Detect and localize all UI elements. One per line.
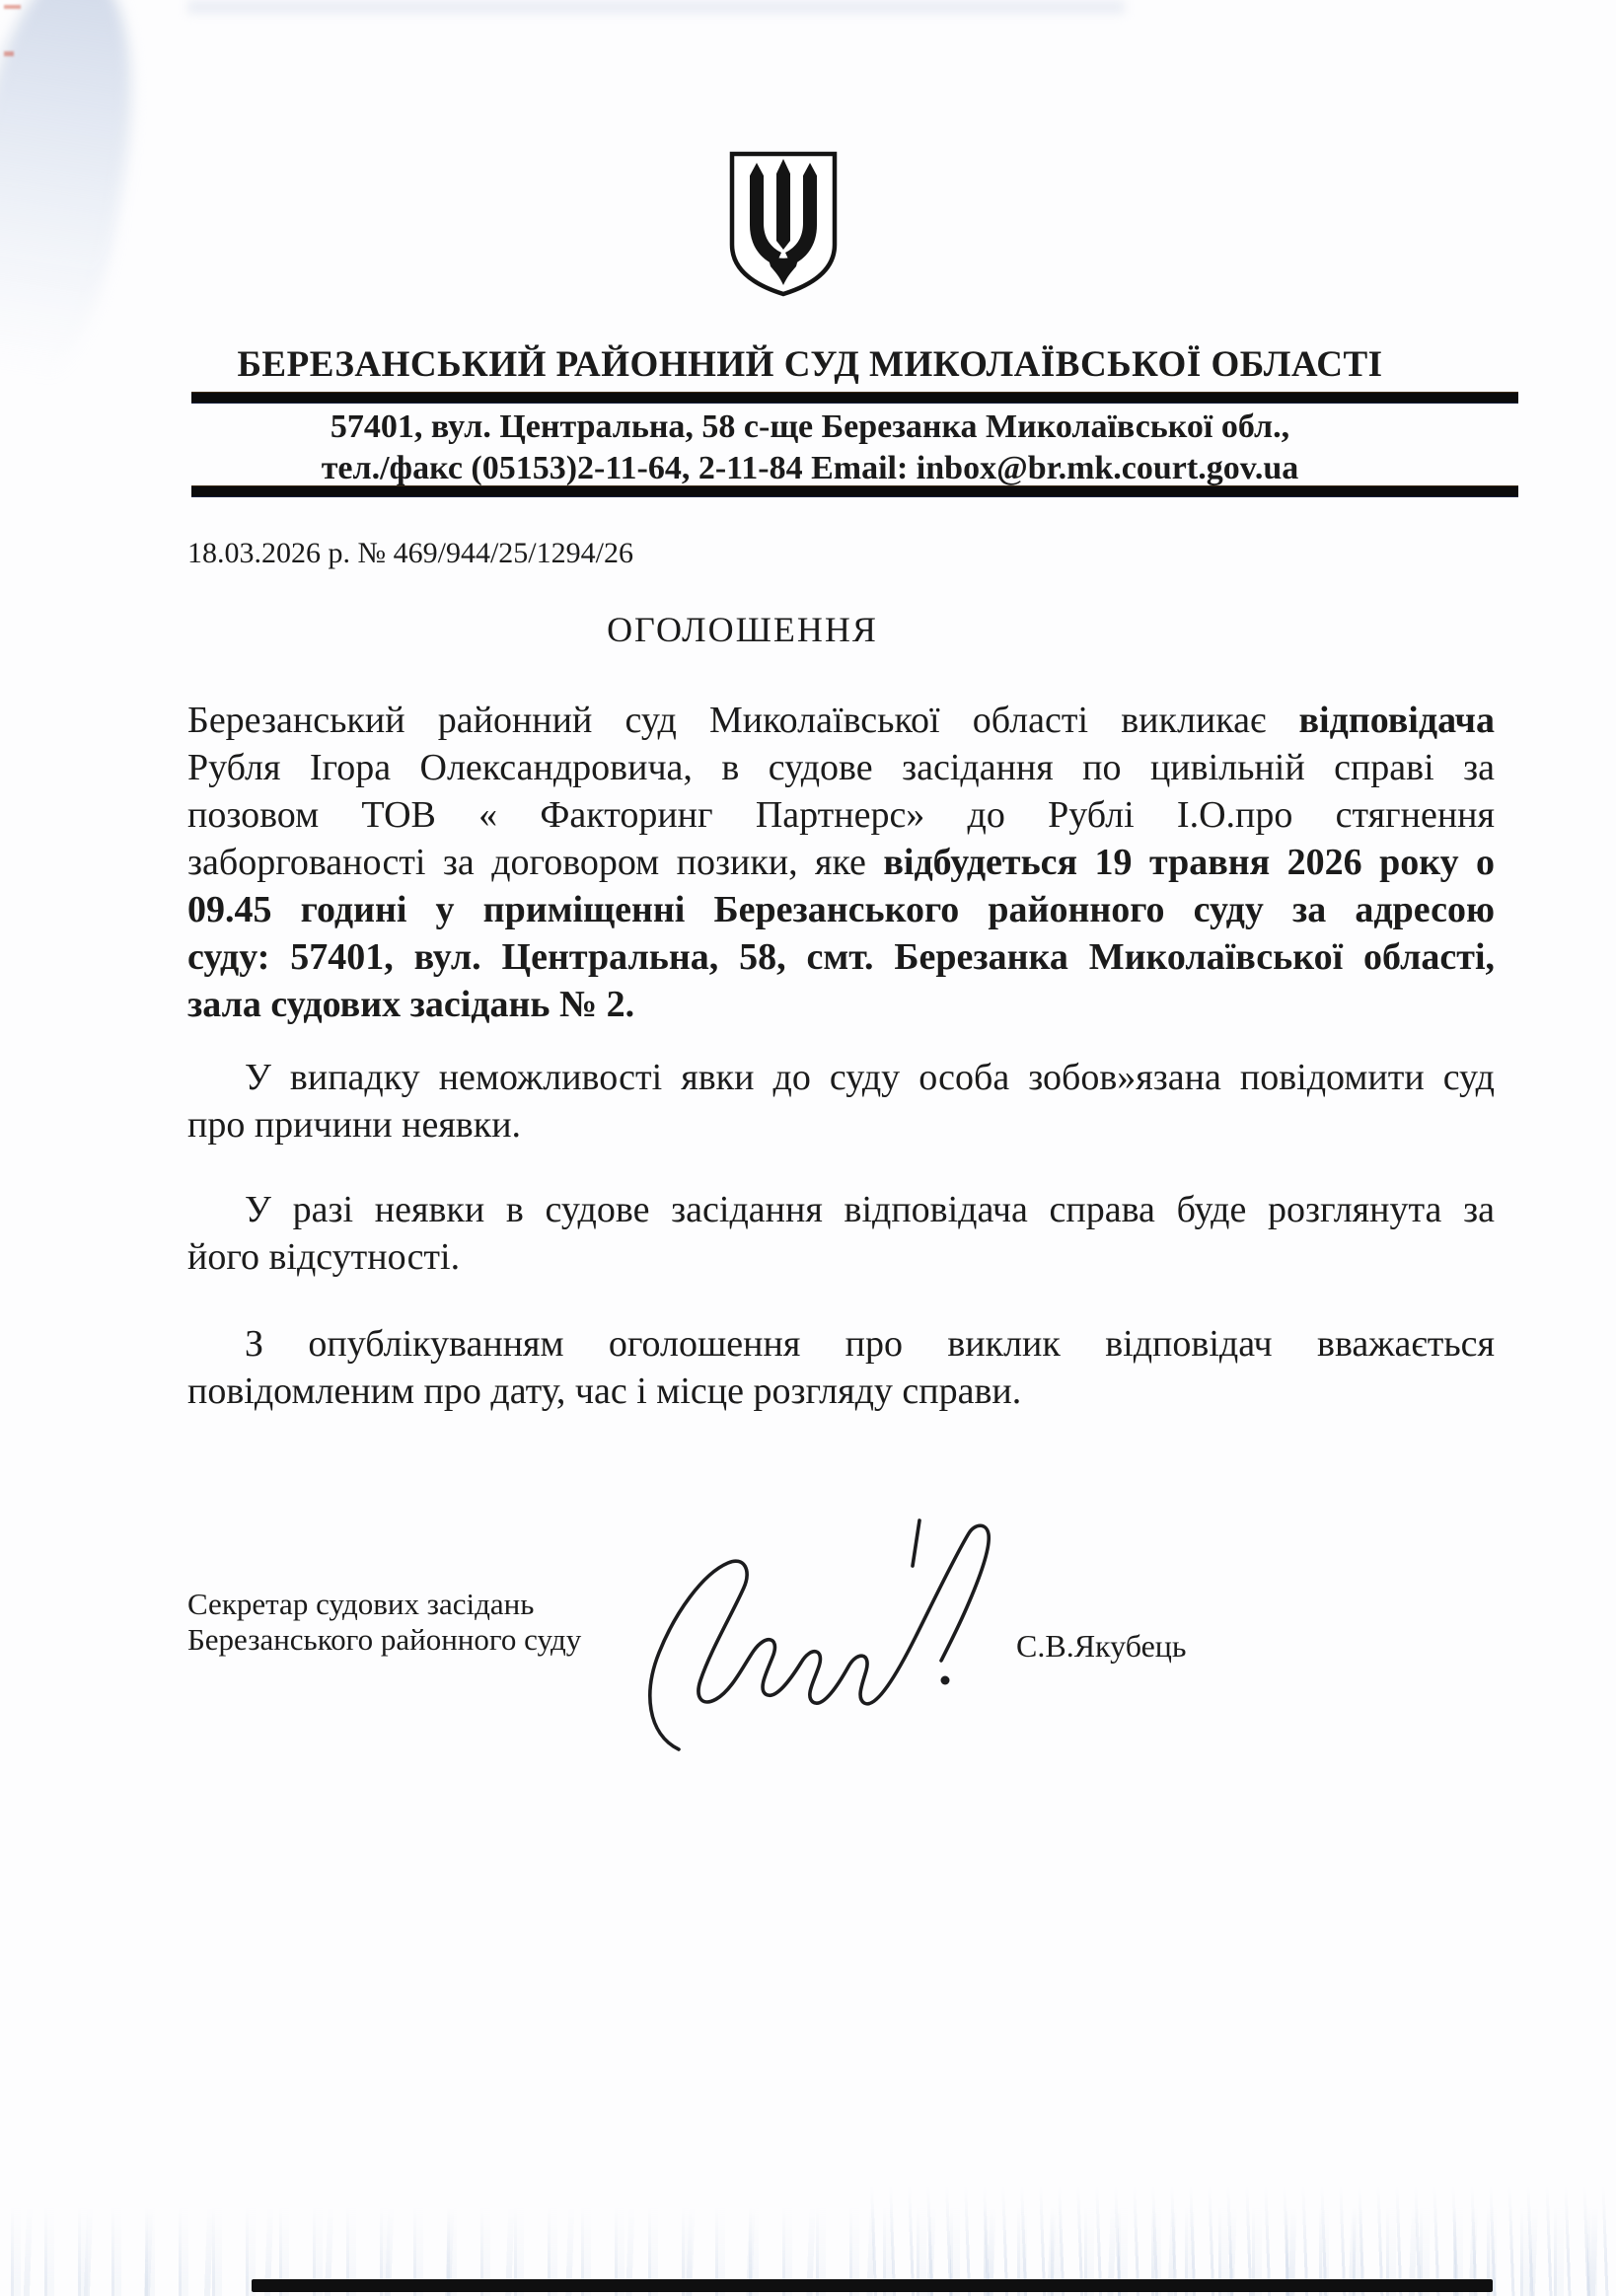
header-rule-bottom xyxy=(191,485,1518,497)
text-line: його відсутності. xyxy=(187,1233,1495,1281)
document-title: ОГОЛОШЕННЯ xyxy=(89,609,1396,650)
paragraph-summons: Березанський районний суд Миколаївської … xyxy=(187,697,1495,1028)
text-line: повідомленим про дату, час і місце розгл… xyxy=(187,1368,1495,1415)
signatory-role-line1: Секретар судових засідань xyxy=(187,1587,581,1622)
text-line: про причини неявки. xyxy=(187,1101,1495,1148)
text-line: Рубля Ігора Олександровича, в судове зас… xyxy=(187,744,1495,791)
text-line: позовом ТОВ « Факторинг Партнерс» до Руб… xyxy=(187,791,1495,839)
text-line: Березанський районний суд Миколаївської … xyxy=(187,697,1495,744)
court-address: 57401, вул. Центральна, 58 с-ще Березанк… xyxy=(154,407,1466,447)
signatory-role: Секретар судових засідань Березанського … xyxy=(187,1587,581,1658)
text-line: З опублікуванням оголошення про виклик в… xyxy=(187,1320,1495,1368)
text-line: 09.45 годині у приміщенні Березанського … xyxy=(187,886,1495,933)
scan-red-mark xyxy=(4,51,14,56)
paragraph-obligation: У випадку неможливості явки до суду особ… xyxy=(187,1054,1495,1148)
handwritten-signature xyxy=(641,1515,1056,1771)
text-line: суду: 57401, вул. Центральна, 58, смт. Б… xyxy=(187,933,1495,981)
signatory-name: С.В.Якубець xyxy=(1016,1626,1186,1666)
scan-smudge-top-edge xyxy=(187,0,1125,14)
header-rule-top xyxy=(191,392,1518,404)
paragraph-publication: З опублікуванням оголошення про виклик в… xyxy=(187,1320,1495,1415)
paragraph-absence: У разі неявки в судове засідання відпові… xyxy=(187,1186,1495,1281)
court-name: БЕРЕЗАНСЬКИЙ РАЙОННИЙ СУД МИКОЛАЇВСЬКОЇ … xyxy=(154,344,1466,386)
ukraine-trident-emblem-icon xyxy=(726,150,841,298)
scanned-court-announcement: БЕРЕЗАНСЬКИЙ РАЙОННИЙ СУД МИКОЛАЇВСЬКОЇ … xyxy=(0,0,1616,2296)
scan-black-bar xyxy=(252,2279,1493,2292)
court-contacts: тел./факс (05153)2-11-64, 2-11-84 Email:… xyxy=(154,449,1466,488)
text-line: У разі неявки в судове засідання відпові… xyxy=(187,1186,1495,1233)
text-line: У випадку неможливості явки до суду особ… xyxy=(187,1054,1495,1101)
text-line: зала судових засідань № 2. xyxy=(187,981,1495,1028)
signatory-role-line2: Березанського районного суду xyxy=(187,1622,581,1658)
scan-smudge-top-left xyxy=(0,0,155,404)
scan-red-mark xyxy=(4,5,21,9)
date-and-case-number: 18.03.2026 р. № 469/944/25/1294/26 xyxy=(187,536,633,571)
text-line: заборгованості за договором позики, яке … xyxy=(187,839,1495,886)
